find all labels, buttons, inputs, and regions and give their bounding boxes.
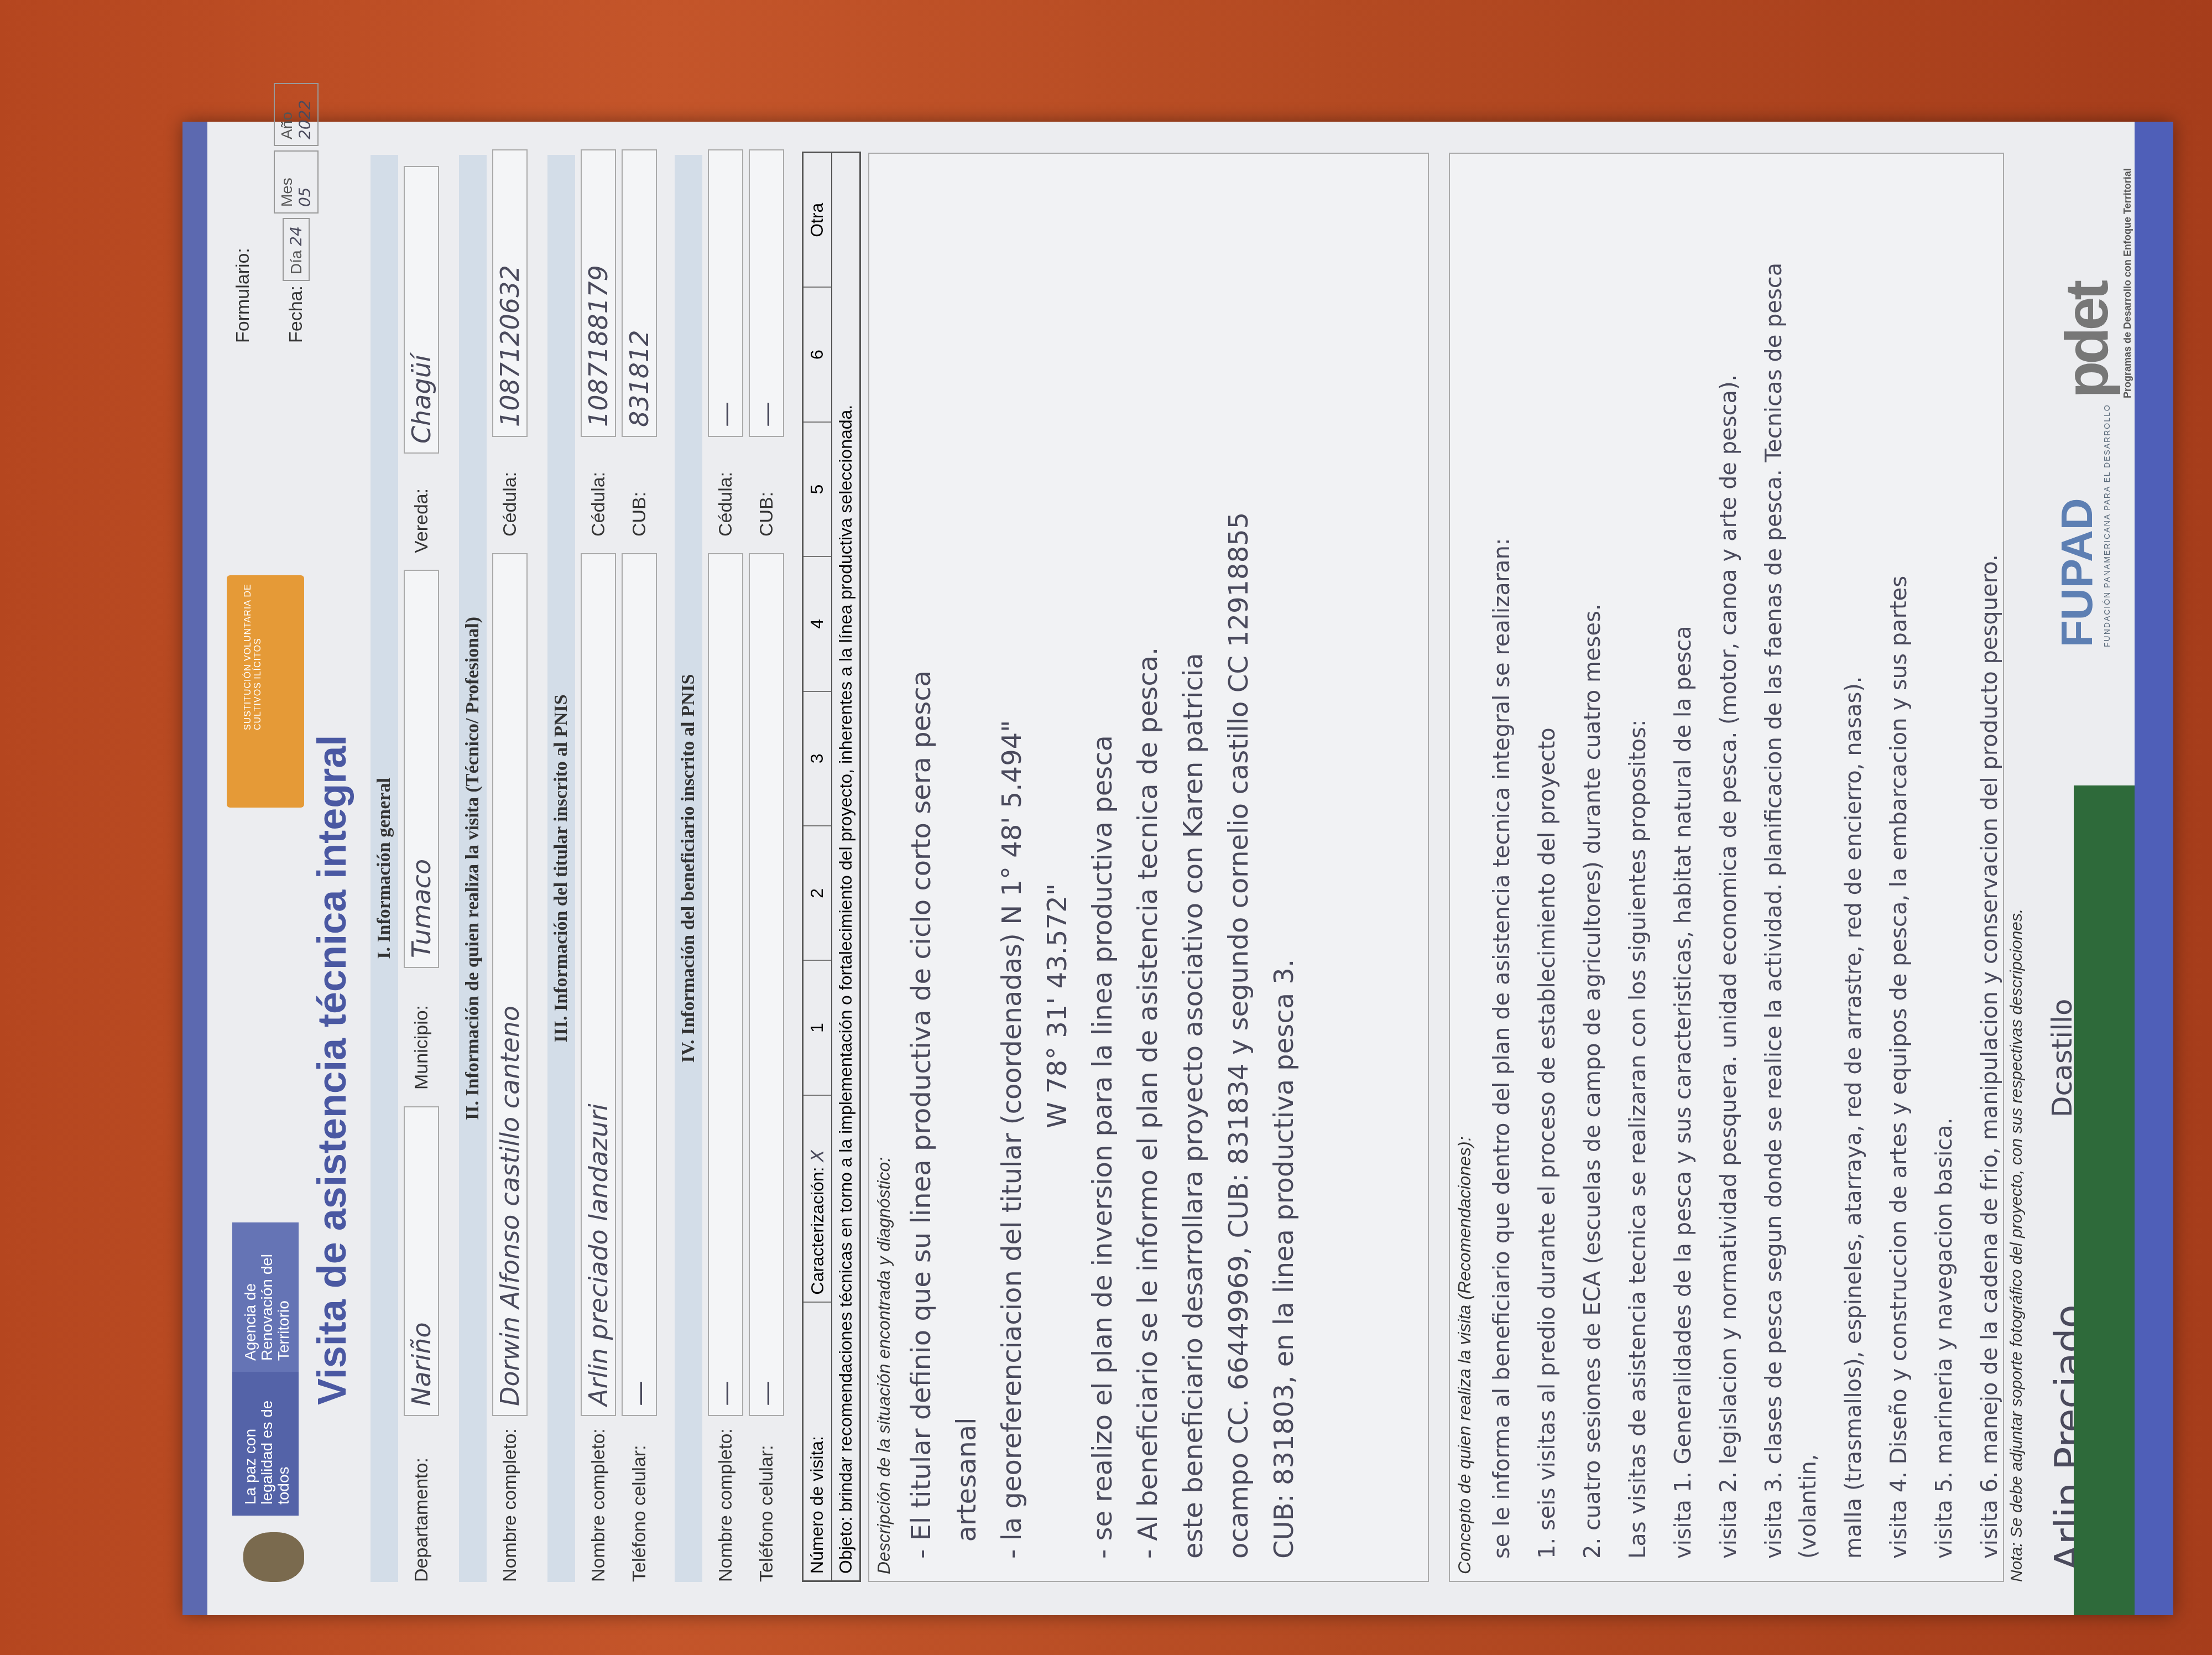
visit-option-otra[interactable]: Otra xyxy=(804,153,831,287)
vereda-field[interactable]: Chagüí xyxy=(404,166,439,454)
formulario-label: Formulario: xyxy=(232,248,254,343)
visit-number-row: Número de visita: Caracterización: X 1 2… xyxy=(804,153,832,1580)
descripcion-title: Descripción de la situación encontrada y… xyxy=(869,154,899,1581)
section-3-row-2: Teléfono celular: — CUB: 831812 xyxy=(622,149,657,1582)
concepto-text: se le informa al beneficiario que dentro… xyxy=(1479,154,2012,1581)
section-1-row: Departamento: Nariño Municipio: Tumaco V… xyxy=(404,166,439,1582)
handwritten-line: este beneficiario desarrollara proyecto … xyxy=(1171,154,1216,1581)
handwritten-line: - El titular definio que su linea produc… xyxy=(899,154,944,1581)
caracterizacion-cell[interactable]: Caracterización: X xyxy=(804,1095,831,1302)
handwritten-line: Las visitas de asistencia tecnica se rea… xyxy=(1615,154,1661,1581)
titular-nombre-label: Nombre completo: xyxy=(588,1416,609,1582)
handwritten-line: malla (trasmallos), espineles, atarraya,… xyxy=(1831,154,1876,1581)
section-1-title: I. Información general xyxy=(371,155,398,1582)
section-3-title: III. Información del titular inscrito al… xyxy=(547,155,575,1582)
section-2-row: Nombre completo: Dorwin Alfonso castillo… xyxy=(492,149,528,1582)
titular-telefono-field[interactable]: — xyxy=(622,553,657,1416)
objeto-row: Objeto: brindar recomendaciones técnicas… xyxy=(832,153,859,1580)
handwritten-line: visita 4. Diseño y construccion de artes… xyxy=(1876,154,1922,1581)
departamento-label: Departamento: xyxy=(411,1416,432,1582)
beneficiario-cedula-label: Cédula: xyxy=(715,437,737,553)
titular-cub-label: CUB: xyxy=(629,437,650,553)
handwritten-line: - se realizo el plan de inversion para l… xyxy=(1080,154,1125,1581)
objeto-text: Objeto: brindar recomendaciones técnicas… xyxy=(832,153,859,1580)
concepto-panel[interactable]: Concepto de quien realiza la visita (Rec… xyxy=(1449,153,2004,1582)
logo-sustitucion: SUSTITUCIÓN VOLUNTARIA DE CULTIVOS ILÍCI… xyxy=(227,575,304,808)
pdet-logo: pdetProgramas de Desarrollo con Enfoque … xyxy=(2052,168,2133,398)
visit-option-4[interactable]: 4 xyxy=(804,556,831,690)
tecnico-cedula-field[interactable]: 1087120632 xyxy=(492,149,528,437)
visit-option-5[interactable]: 5 xyxy=(804,421,831,556)
page-title: Visita de asistencia técnica integral xyxy=(310,735,355,1405)
mes-field[interactable]: Mes 05 xyxy=(274,150,319,214)
top-stripe xyxy=(182,122,207,1615)
departamento-field[interactable]: Nariño xyxy=(404,1106,439,1416)
section-4-row-2: Teléfono celular: — CUB: — xyxy=(749,149,784,1582)
handwritten-line: ocampo CC. 66449969, CUB: 831834 y segun… xyxy=(1216,154,1261,1581)
anio-field[interactable]: Año 2022 xyxy=(274,83,319,146)
descripcion-text: - El titular definio que su linea produc… xyxy=(899,154,1307,1581)
handwritten-line: CUB: 831803, en la linea productiva pesc… xyxy=(1261,154,1307,1581)
titular-cub-field[interactable]: 831812 xyxy=(622,149,657,437)
descripcion-panel[interactable]: Descripción de la situación encontrada y… xyxy=(868,153,1429,1582)
visit-option-3[interactable]: 3 xyxy=(804,691,831,825)
municipio-field[interactable]: Tumaco xyxy=(404,570,439,968)
beneficiario-cedula-field[interactable]: — xyxy=(708,149,743,437)
form-paper: La paz con legalidad es de todos Agencia… xyxy=(182,122,2173,1615)
caracterizacion-mark: X xyxy=(807,1150,828,1162)
handwritten-line: - la georeferenciacion del titular (coor… xyxy=(989,154,1035,1581)
visit-option-2[interactable]: 2 xyxy=(804,825,831,960)
section-4-row-1: Nombre completo: — Cédula: — xyxy=(708,149,743,1582)
titular-nombre-field[interactable]: Arlin preciado landazuri xyxy=(581,553,616,1416)
fupad-logo: FUPADFUNDACIÓN PANAMERICANA PARA EL DESA… xyxy=(2052,404,2111,647)
date-fields: Fecha: Día 24 Mes 05 Año 2022 xyxy=(274,83,319,343)
fecha-label: Fecha: xyxy=(285,285,307,343)
titular-cedula-label: Cédula: xyxy=(588,437,609,553)
beneficiario-telefono-label: Teléfono celular: xyxy=(756,1416,778,1582)
handwritten-line: visita 3. clases de pesca segun donde se… xyxy=(1751,154,1831,1581)
tecnico-nombre-label: Nombre completo: xyxy=(499,1416,521,1582)
section-2-title: II. Información de quien realiza la visi… xyxy=(459,155,487,1582)
visit-number-table: Número de visita: Caracterización: X 1 2… xyxy=(802,152,861,1582)
titular-cedula-field[interactable]: 1087188179 xyxy=(581,149,616,437)
numero-visita-label: Número de visita: xyxy=(804,1302,831,1580)
dia-field[interactable]: Día 24 xyxy=(283,218,310,281)
municipio-label: Municipio: xyxy=(411,968,432,1106)
section-4-title: IV. Información del beneficiario inscrit… xyxy=(675,155,702,1582)
visit-option-1[interactable]: 1 xyxy=(804,960,831,1094)
handwritten-line: W 78° 31' 43.572" xyxy=(1035,154,1080,1581)
handwritten-line: 1. seis visitas al predio durante el pro… xyxy=(1525,154,1570,1581)
beneficiario-cub-field[interactable]: — xyxy=(749,149,784,437)
logo-paz-legalidad: La paz con legalidad es de todos xyxy=(232,1372,299,1516)
coat-of-arms-icon xyxy=(243,1532,304,1582)
handwritten-line: visita 5. marineria y navegacion basica. xyxy=(1922,154,1967,1581)
handwritten-line: artesanal xyxy=(944,154,989,1581)
section-3-row-1: Nombre completo: Arlin preciado landazur… xyxy=(581,149,616,1582)
titular-telefono-label: Teléfono celular: xyxy=(629,1416,650,1582)
beneficiario-telefono-field[interactable]: — xyxy=(749,553,784,1416)
handwritten-line: visita 6. manejo de la cadena de frio, m… xyxy=(1967,154,2012,1581)
handwritten-line: se le informa al beneficiario que dentro… xyxy=(1479,154,1525,1581)
bottom-blue-stripe xyxy=(2135,122,2173,1615)
handwritten-line: - Al beneficiario se le informo el plan … xyxy=(1125,154,1171,1581)
vereda-label: Vereda: xyxy=(411,454,432,570)
beneficiario-cub-label: CUB: xyxy=(756,437,778,553)
handwritten-line: 2. cuatro sesiones de ECA (escuelas de c… xyxy=(1570,154,1615,1581)
handwritten-line: visita 2. legislacion y normatividad pes… xyxy=(1706,154,1751,1581)
nota-text: Nota: Se debe adjuntar soporte fotográfi… xyxy=(2007,909,2026,1582)
visit-option-6[interactable]: 6 xyxy=(804,287,831,421)
bottom-green-stripe xyxy=(2074,785,2135,1615)
tecnico-nombre-field[interactable]: Dorwin Alfonso castillo canteno xyxy=(492,553,528,1416)
beneficiario-nombre-field[interactable]: — xyxy=(708,553,743,1416)
beneficiario-nombre-label: Nombre completo: xyxy=(715,1416,737,1582)
concepto-title: Concepto de quien realiza la visita (Rec… xyxy=(1450,154,1479,1581)
logo-art: Agencia de Renovación del Territorio xyxy=(232,1222,299,1372)
handwritten-line: visita 1. Generalidades de la pesca y su… xyxy=(1661,154,1706,1581)
tecnico-cedula-label: Cédula: xyxy=(499,437,521,553)
